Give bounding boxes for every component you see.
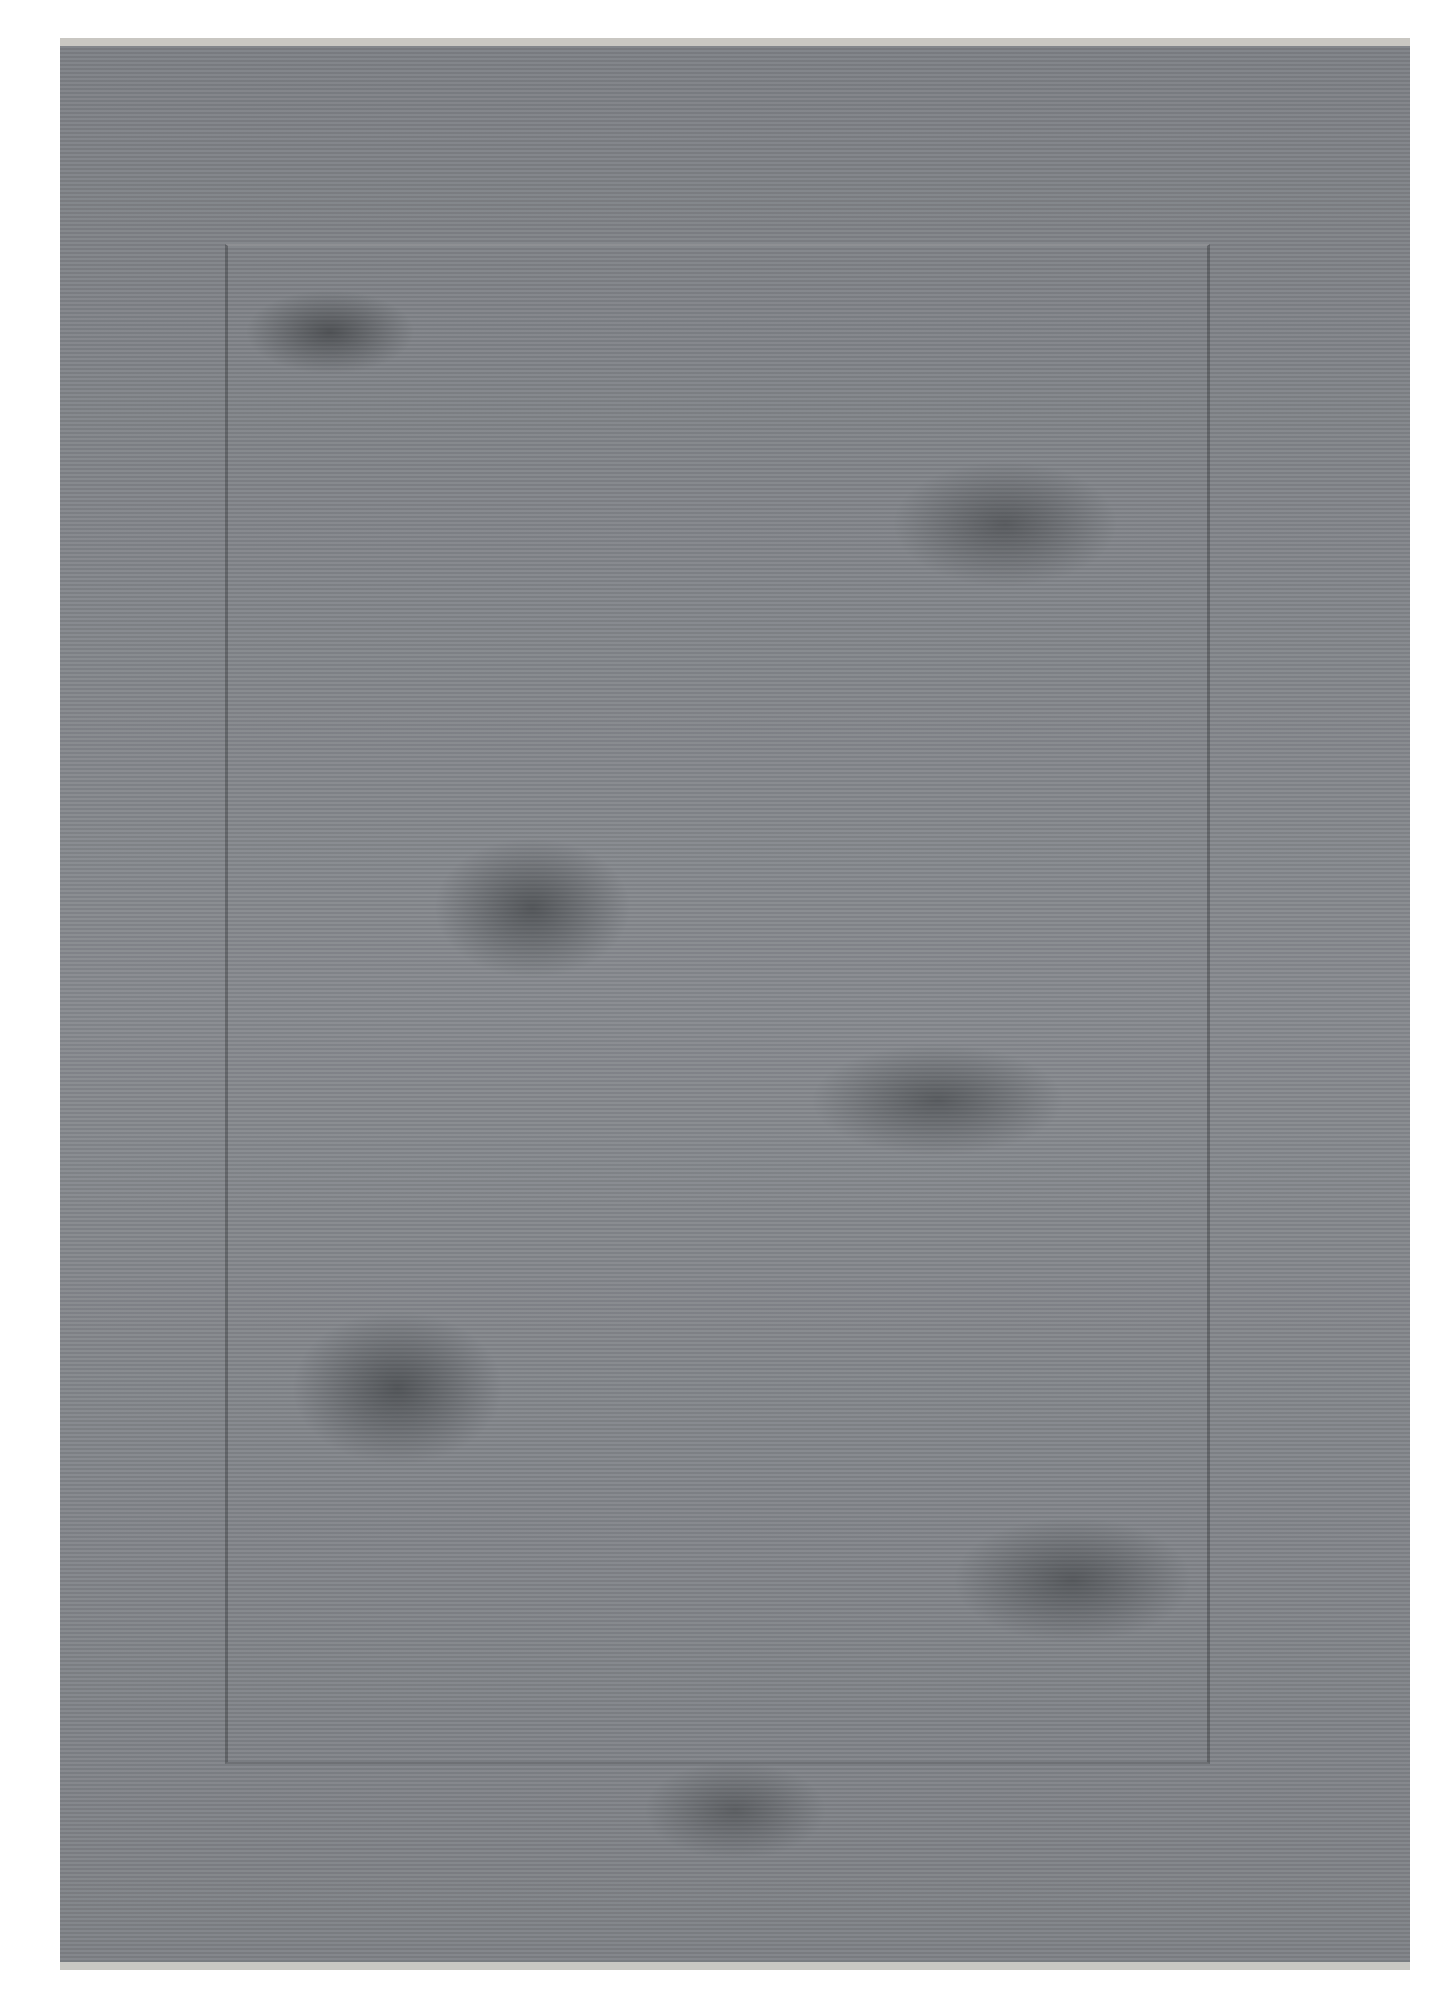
- rug-fringe-top: [60, 38, 1410, 46]
- rug-fringe-bottom: [60, 1962, 1410, 1970]
- rug: [60, 44, 1410, 1964]
- rug-inner-border: [225, 244, 1210, 1764]
